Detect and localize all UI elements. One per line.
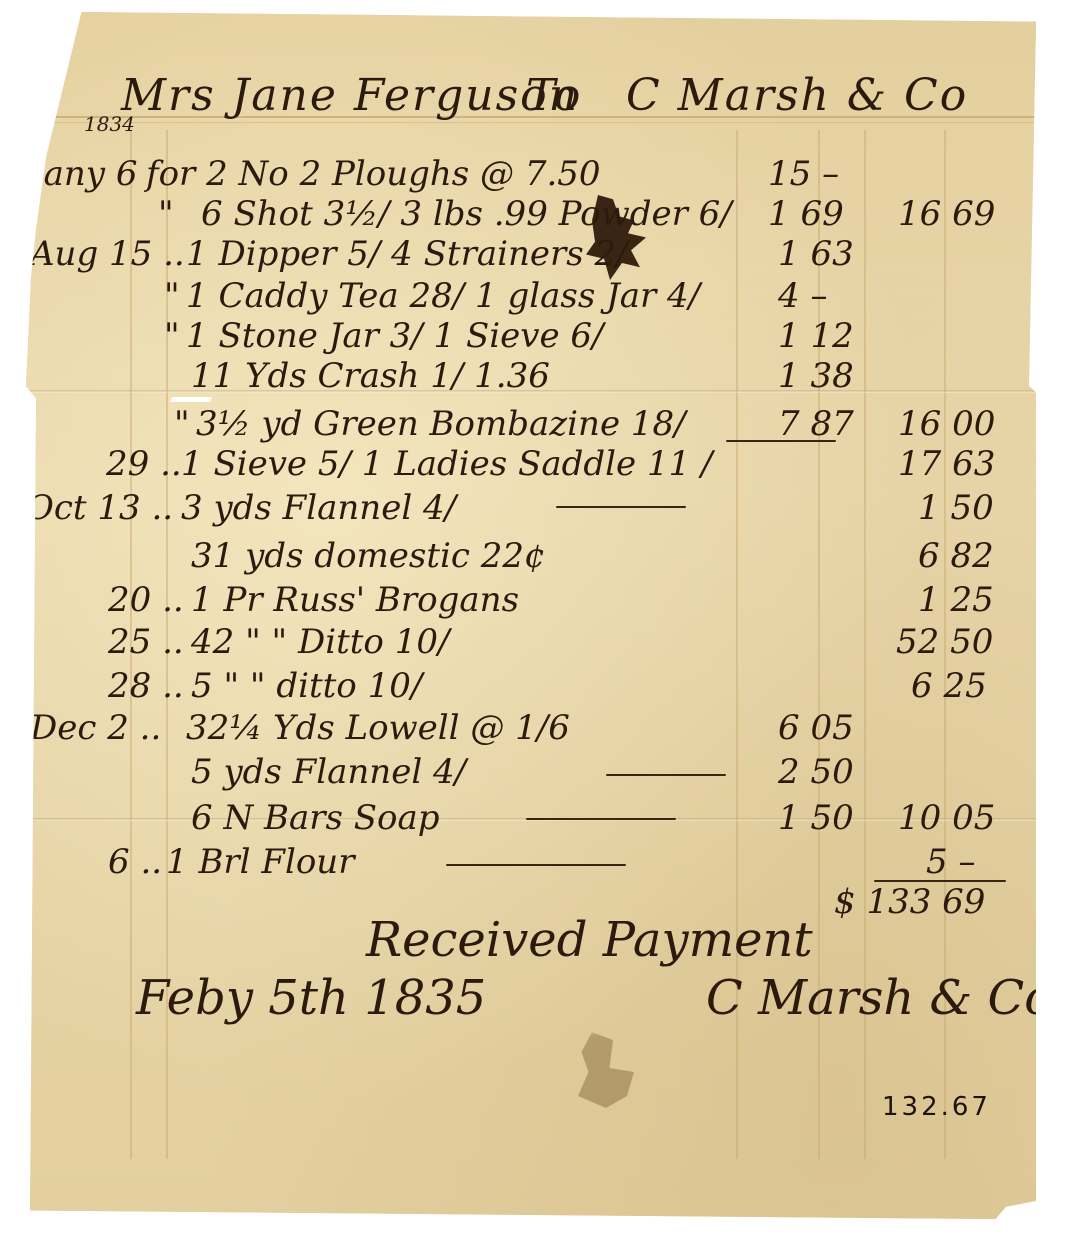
entry-date: " [164, 276, 180, 316]
entry-date: Jany 6 [30, 154, 137, 194]
customer-name: Mrs Jane Ferguson [121, 70, 579, 121]
entry-date: 6 .. [108, 842, 162, 882]
pencil-note: 132.67 [882, 1092, 991, 1122]
entry-sub-amount: 6 05 [778, 708, 854, 748]
entry-sub-amount: 1 50 [778, 798, 854, 838]
entry-date: 29 .. [106, 444, 182, 484]
entry-date: 25 .. [108, 622, 184, 662]
entry-date: Oct 13 .. [26, 488, 173, 528]
flannel-stroke [556, 506, 686, 508]
year-label: 1834 [84, 112, 135, 136]
entry-date: " [174, 404, 190, 444]
entry-sub-amount: 1 12 [778, 316, 854, 356]
entry-sub-amount: 1 69 [768, 194, 844, 234]
entry-total: 16 69 [898, 194, 995, 234]
grand-total: $ 133 69 [834, 882, 985, 922]
entry-date: 28 .. [108, 666, 184, 706]
entry-date: " [164, 316, 180, 356]
entry-total: 5 – [926, 842, 975, 882]
flour-stroke [446, 864, 626, 866]
entry-description: 1 Brl Flour [166, 842, 354, 882]
entry-description: 3½ yd Green Bombazine 18/ [196, 404, 686, 444]
receipt-date: Feby 5th 1835 [136, 970, 486, 1026]
entry-total: 6 82 [918, 536, 994, 576]
entry-sub-amount: 7 87 [778, 404, 854, 444]
entry-date: " [158, 194, 174, 234]
faded-stain [571, 1032, 641, 1112]
entry-description: 5 yds Flannel 4/ [191, 752, 466, 792]
entry-sub-amount: 15 – [768, 154, 839, 194]
soap-stroke [526, 818, 676, 820]
entry-description: 6 Shot 3½/ 3 lbs .99 Powder 6/ [201, 194, 732, 234]
entry-sub-amount: 4 – [778, 276, 827, 316]
entry-description: 32¼ Yds Lowell @ 1/6 [186, 708, 570, 748]
merchant-name: C Marsh & Co [626, 70, 968, 121]
entry-description: 5 " " ditto 10/ [191, 666, 422, 706]
entry-sub-amount: 1 63 [778, 234, 854, 274]
to-word: To [526, 70, 582, 121]
entry-description: for 2 No 2 Ploughs @ 7.50 [146, 154, 601, 194]
entry-date: Aug 15 .. [30, 234, 185, 274]
entry-total: 6 25 [911, 666, 987, 706]
entry-total: 17 63 [898, 444, 995, 484]
paper-tear [170, 397, 212, 402]
entry-description: 1 Sieve 5/ 1 Ladies Saddle 11 / [181, 444, 712, 484]
entry-sub-amount: 2 50 [778, 752, 854, 792]
entry-description: 1 Dipper 5/ 4 Strainers 2/ [186, 234, 628, 274]
header-rule-secondary [26, 122, 1036, 123]
entry-total: 52 50 [896, 622, 993, 662]
merchant-signature: C Marsh & Co [706, 970, 1053, 1026]
entry-description: 11 Yds Crash 1/ 1.36 [191, 356, 550, 396]
entry-description: 1 Pr Russ' Brogans [191, 580, 519, 620]
entry-sub-amount: 1 38 [778, 356, 854, 396]
entry-date: Dec 2 .. [30, 708, 161, 748]
entry-description: 3 yds Flannel 4/ [181, 488, 456, 528]
ledger-paper: Mrs Jane Ferguson To C Marsh & Co 1834 J… [26, 12, 1036, 1219]
entry-total: 1 50 [918, 488, 994, 528]
received-payment-text: Received Payment [366, 912, 813, 968]
entry-description: 42 " " Ditto 10/ [191, 622, 449, 662]
entry-description: 6 N Bars Soap [191, 798, 440, 838]
entry-description: 31 yds domestic 22¢ [191, 536, 546, 576]
entry-total: 16 00 [898, 404, 995, 444]
entry-total: 1 25 [918, 580, 994, 620]
entry-description: 1 Stone Jar 3/ 1 Sieve 6/ [186, 316, 604, 356]
entry-description: 1 Caddy Tea 28/ 1 glass Jar 4/ [186, 276, 700, 316]
entry-date: 20 .. [108, 580, 184, 620]
entry-total: 10 05 [898, 798, 995, 838]
subtotal-stroke [726, 440, 836, 442]
flannel-stroke-2 [606, 774, 726, 776]
